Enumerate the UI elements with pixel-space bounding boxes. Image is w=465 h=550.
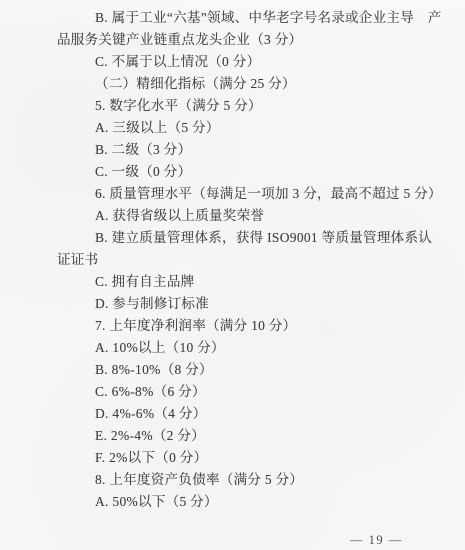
text-line: C. 一级（0 分） — [57, 161, 452, 183]
document-text-body: B. 属于工业“六基”领域、中华老字号名录或企业主导 产品服务关键产业链重点龙头… — [57, 7, 452, 513]
text-line: 7. 上年度净利润率（满分 10 分） — [57, 315, 452, 337]
document-page: B. 属于工业“六基”领域、中华老字号名录或企业主导 产品服务关键产业链重点龙头… — [0, 0, 465, 550]
text-line: A. 获得省级以上质量奖荣誉 — [57, 205, 452, 227]
text-line: 6. 质量管理水平（每满足一项加 3 分，最高不超过 5 分） — [57, 183, 452, 205]
text-line: B. 属于工业“六基”领域、中华老字号名录或企业主导 产 — [57, 7, 452, 29]
text-line: D. 4%-6%（4 分） — [57, 403, 452, 425]
text-line: C. 6%-8%（6 分） — [57, 381, 452, 403]
text-line: A. 50%以下（5 分） — [57, 491, 452, 513]
text-line: F. 2%以下（0 分） — [57, 447, 452, 469]
text-line: （二）精细化指标（满分 25 分） — [57, 73, 452, 95]
text-line: E. 2%-4%（2 分） — [57, 425, 452, 447]
text-line: C. 拥有自主品牌 — [57, 271, 452, 293]
text-line: B. 二级（3 分） — [57, 139, 452, 161]
text-line: D. 参与制修订标准 — [57, 293, 452, 315]
text-line: B. 8%-10%（8 分） — [57, 359, 452, 381]
text-line: 8. 上年度资产负债率（满分 5 分） — [57, 469, 452, 491]
text-line: 品服务关键产业链重点龙头企业（3 分） — [57, 29, 452, 51]
text-line: A. 10%以上（10 分） — [57, 337, 452, 359]
text-line: A. 三级以上（5 分） — [57, 117, 452, 139]
text-line: B. 建立质量管理体系，获得 ISO9001 等质量管理体系认 — [57, 227, 452, 249]
text-line: 证证书 — [57, 249, 452, 271]
page-number: — 19 — — [350, 533, 403, 548]
text-line: C. 不属于以上情况（0 分） — [57, 51, 452, 73]
text-line: 5. 数字化水平（满分 5 分） — [57, 95, 452, 117]
